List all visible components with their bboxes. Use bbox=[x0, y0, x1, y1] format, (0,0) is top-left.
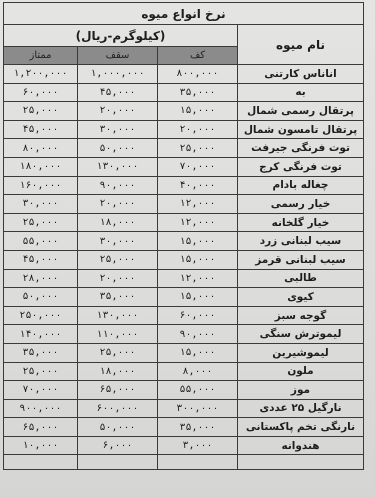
table-row: کیوی۱۵,۰۰۰۳۵,۰۰۰۵۰,۰۰۰ bbox=[4, 288, 364, 307]
max-price-cell: ۱۸,۰۰۰ bbox=[78, 362, 158, 381]
fruit-name-header: نام میوه bbox=[238, 25, 364, 65]
table-row: توت فرنگی جیرفت۲۵,۰۰۰۵۰,۰۰۰۸۰,۰۰۰ bbox=[4, 139, 364, 158]
premium-price-cell: ۱,۲۰۰,۰۰۰ bbox=[4, 65, 78, 84]
premium-price-cell: ۱۰,۰۰۰ bbox=[4, 436, 78, 455]
fruit-name-cell: به bbox=[238, 83, 364, 102]
min-price-cell: ۸۰۰,۰۰۰ bbox=[158, 65, 238, 84]
min-price-cell: ۲۵,۰۰۰ bbox=[158, 139, 238, 158]
premium-price-cell: ۶۰,۰۰۰ bbox=[4, 83, 78, 102]
max-price-cell: ۱۳۰,۰۰۰ bbox=[78, 306, 158, 325]
table-row: لیموشیرین۱۵,۰۰۰۲۵,۰۰۰۳۵,۰۰۰ bbox=[4, 343, 364, 362]
fruit-name-cell: هندوانه bbox=[238, 436, 364, 455]
premium-price-cell: ۳۵,۰۰۰ bbox=[4, 343, 78, 362]
max-price-cell: ۲۵,۰۰۰ bbox=[78, 250, 158, 269]
premium-price-cell: ۱۶۰,۰۰۰ bbox=[4, 176, 78, 195]
max-price-cell: ۲۵,۰۰۰ bbox=[78, 343, 158, 362]
min-price-cell: ۵۵,۰۰۰ bbox=[158, 381, 238, 400]
fruit-name-cell: نارگیل ۲۵ عددی bbox=[238, 399, 364, 418]
min-price-cell: ۱۵,۰۰۰ bbox=[158, 232, 238, 251]
fruit-price-table: نرخ انواع میوه نام میوه (کیلوگرم-ریال) ک… bbox=[3, 2, 364, 470]
max-price-cell: ۱۸,۰۰۰ bbox=[78, 213, 158, 232]
min-price-cell: ۶۰,۰۰۰ bbox=[158, 306, 238, 325]
fruit-name-cell: خیار رسمی bbox=[238, 195, 364, 214]
fruit-name-cell: خیار گلخانه bbox=[238, 213, 364, 232]
premium-price-cell: ۷۰,۰۰۰ bbox=[4, 381, 78, 400]
min-price-cell: ۳,۰۰۰ bbox=[158, 436, 238, 455]
max-price-cell: ۲۰,۰۰۰ bbox=[78, 102, 158, 121]
premium-price-cell: ۳۰,۰۰۰ bbox=[4, 195, 78, 214]
fruit-name-cell: سیب لبنانی زرد bbox=[238, 232, 364, 251]
premium-price-cell: ۹۰۰,۰۰۰ bbox=[4, 399, 78, 418]
table-row: چغاله بادام۴۰,۰۰۰۹۰,۰۰۰۱۶۰,۰۰۰ bbox=[4, 176, 364, 195]
min-price-cell: ۹۰,۰۰۰ bbox=[158, 325, 238, 344]
fruit-name-cell: پرتقال رسمی شمال bbox=[238, 102, 364, 121]
premium-price-cell: ۵۵,۰۰۰ bbox=[4, 232, 78, 251]
table-row: اناناس کارتنی۸۰۰,۰۰۰۱,۰۰۰,۰۰۰۱,۲۰۰,۰۰۰ bbox=[4, 65, 364, 84]
min-price-cell: ۷۰,۰۰۰ bbox=[158, 157, 238, 176]
table-row: توت فرنگی کرج۷۰,۰۰۰۱۳۰,۰۰۰۱۸۰,۰۰۰ bbox=[4, 157, 364, 176]
premium-price-cell: ۶۵,۰۰۰ bbox=[4, 418, 78, 437]
table-row: ملون۸,۰۰۰۱۸,۰۰۰۲۵,۰۰۰ bbox=[4, 362, 364, 381]
empty-cell bbox=[4, 455, 78, 470]
premium-price-cell: ۴۵,۰۰۰ bbox=[4, 250, 78, 269]
fruit-name-cell: ملون bbox=[238, 362, 364, 381]
min-price-cell: ۲۰,۰۰۰ bbox=[158, 120, 238, 139]
table-body: اناناس کارتنی۸۰۰,۰۰۰۱,۰۰۰,۰۰۰۱,۲۰۰,۰۰۰به… bbox=[4, 65, 364, 470]
table-row: سیب لبنانی قرمز۱۵,۰۰۰۲۵,۰۰۰۴۵,۰۰۰ bbox=[4, 250, 364, 269]
fruit-name-cell: سیب لبنانی قرمز bbox=[238, 250, 364, 269]
fruit-name-cell: توت فرنگی کرج bbox=[238, 157, 364, 176]
max-price-cell: ۱,۰۰۰,۰۰۰ bbox=[78, 65, 158, 84]
column-header-min: کف bbox=[158, 47, 238, 65]
table-row: نارگیل ۲۵ عددی۳۰۰,۰۰۰۶۰۰,۰۰۰۹۰۰,۰۰۰ bbox=[4, 399, 364, 418]
min-price-cell: ۱۵,۰۰۰ bbox=[158, 288, 238, 307]
table-row: پرتقال رسمی شمال۱۵,۰۰۰۲۰,۰۰۰۲۵,۰۰۰ bbox=[4, 102, 364, 121]
fruit-name-cell: طالبی bbox=[238, 269, 364, 288]
column-header-max: سقف bbox=[78, 47, 158, 65]
premium-price-cell: ۲۵,۰۰۰ bbox=[4, 102, 78, 121]
min-price-cell: ۳۵,۰۰۰ bbox=[158, 418, 238, 437]
max-price-cell: ۹۰,۰۰۰ bbox=[78, 176, 158, 195]
fruit-name-cell: چغاله بادام bbox=[238, 176, 364, 195]
max-price-cell: ۳۰,۰۰۰ bbox=[78, 120, 158, 139]
unit-label: (کیلوگرم-ریال) bbox=[4, 25, 238, 47]
min-price-cell: ۴۰,۰۰۰ bbox=[158, 176, 238, 195]
table-row: هندوانه۳,۰۰۰۶,۰۰۰۱۰,۰۰۰ bbox=[4, 436, 364, 455]
table-row: پرتقال تامسون شمال۲۰,۰۰۰۳۰,۰۰۰۴۵,۰۰۰ bbox=[4, 120, 364, 139]
fruit-name-cell: موز bbox=[238, 381, 364, 400]
empty-cell bbox=[158, 455, 238, 470]
column-header-premium: ممتاز bbox=[4, 47, 78, 65]
table-row: گوجه سبز۶۰,۰۰۰۱۳۰,۰۰۰۲۵۰,۰۰۰ bbox=[4, 306, 364, 325]
fruit-name-cell: توت فرنگی جیرفت bbox=[238, 139, 364, 158]
table-row: سیب لبنانی زرد۱۵,۰۰۰۳۰,۰۰۰۵۵,۰۰۰ bbox=[4, 232, 364, 251]
min-price-cell: ۱۵,۰۰۰ bbox=[158, 102, 238, 121]
max-price-cell: ۳۰,۰۰۰ bbox=[78, 232, 158, 251]
min-price-cell: ۸,۰۰۰ bbox=[158, 362, 238, 381]
max-price-cell: ۱۳۰,۰۰۰ bbox=[78, 157, 158, 176]
premium-price-cell: ۲۵,۰۰۰ bbox=[4, 362, 78, 381]
premium-price-cell: ۲۵۰,۰۰۰ bbox=[4, 306, 78, 325]
table-title: نرخ انواع میوه bbox=[4, 3, 364, 25]
min-price-cell: ۳۰۰,۰۰۰ bbox=[158, 399, 238, 418]
table-row: به۳۵,۰۰۰۴۵,۰۰۰۶۰,۰۰۰ bbox=[4, 83, 364, 102]
fruit-name-cell: لیموشیرین bbox=[238, 343, 364, 362]
premium-price-cell: ۱۴۰,۰۰۰ bbox=[4, 325, 78, 344]
max-price-cell: ۳۵,۰۰۰ bbox=[78, 288, 158, 307]
empty-row bbox=[4, 455, 364, 470]
max-price-cell: ۶۰۰,۰۰۰ bbox=[78, 399, 158, 418]
max-price-cell: ۲۰,۰۰۰ bbox=[78, 195, 158, 214]
empty-cell bbox=[78, 455, 158, 470]
min-price-cell: ۱۵,۰۰۰ bbox=[158, 250, 238, 269]
premium-price-cell: ۲۵,۰۰۰ bbox=[4, 213, 78, 232]
table-row: خیار رسمی۱۲,۰۰۰۲۰,۰۰۰۳۰,۰۰۰ bbox=[4, 195, 364, 214]
document-photo: نرخ انواع میوه نام میوه (کیلوگرم-ریال) ک… bbox=[0, 0, 375, 497]
table-row: لیموترش سنگی۹۰,۰۰۰۱۱۰,۰۰۰۱۴۰,۰۰۰ bbox=[4, 325, 364, 344]
premium-price-cell: ۴۵,۰۰۰ bbox=[4, 120, 78, 139]
table-row: موز۵۵,۰۰۰۶۵,۰۰۰۷۰,۰۰۰ bbox=[4, 381, 364, 400]
premium-price-cell: ۸۰,۰۰۰ bbox=[4, 139, 78, 158]
min-price-cell: ۳۵,۰۰۰ bbox=[158, 83, 238, 102]
max-price-cell: ۲۰,۰۰۰ bbox=[78, 269, 158, 288]
min-price-cell: ۱۲,۰۰۰ bbox=[158, 195, 238, 214]
premium-price-cell: ۱۸۰,۰۰۰ bbox=[4, 157, 78, 176]
fruit-name-cell: لیموترش سنگی bbox=[238, 325, 364, 344]
max-price-cell: ۴۵,۰۰۰ bbox=[78, 83, 158, 102]
fruit-name-cell: نارنگی تخم پاکستانی bbox=[238, 418, 364, 437]
table-row: نارنگی تخم پاکستانی۳۵,۰۰۰۵۰,۰۰۰۶۵,۰۰۰ bbox=[4, 418, 364, 437]
fruit-name-cell: اناناس کارتنی bbox=[238, 65, 364, 84]
fruit-name-cell: کیوی bbox=[238, 288, 364, 307]
min-price-cell: ۱۵,۰۰۰ bbox=[158, 343, 238, 362]
fruit-name-cell: گوجه سبز bbox=[238, 306, 364, 325]
min-price-cell: ۱۲,۰۰۰ bbox=[158, 213, 238, 232]
premium-price-cell: ۵۰,۰۰۰ bbox=[4, 288, 78, 307]
table-row: خیار گلخانه۱۲,۰۰۰۱۸,۰۰۰۲۵,۰۰۰ bbox=[4, 213, 364, 232]
max-price-cell: ۵۰,۰۰۰ bbox=[78, 139, 158, 158]
max-price-cell: ۶۵,۰۰۰ bbox=[78, 381, 158, 400]
max-price-cell: ۵۰,۰۰۰ bbox=[78, 418, 158, 437]
premium-price-cell: ۲۸,۰۰۰ bbox=[4, 269, 78, 288]
empty-cell bbox=[238, 455, 364, 470]
min-price-cell: ۱۲,۰۰۰ bbox=[158, 269, 238, 288]
table-row: طالبی۱۲,۰۰۰۲۰,۰۰۰۲۸,۰۰۰ bbox=[4, 269, 364, 288]
max-price-cell: ۶,۰۰۰ bbox=[78, 436, 158, 455]
max-price-cell: ۱۱۰,۰۰۰ bbox=[78, 325, 158, 344]
fruit-name-cell: پرتقال تامسون شمال bbox=[238, 120, 364, 139]
